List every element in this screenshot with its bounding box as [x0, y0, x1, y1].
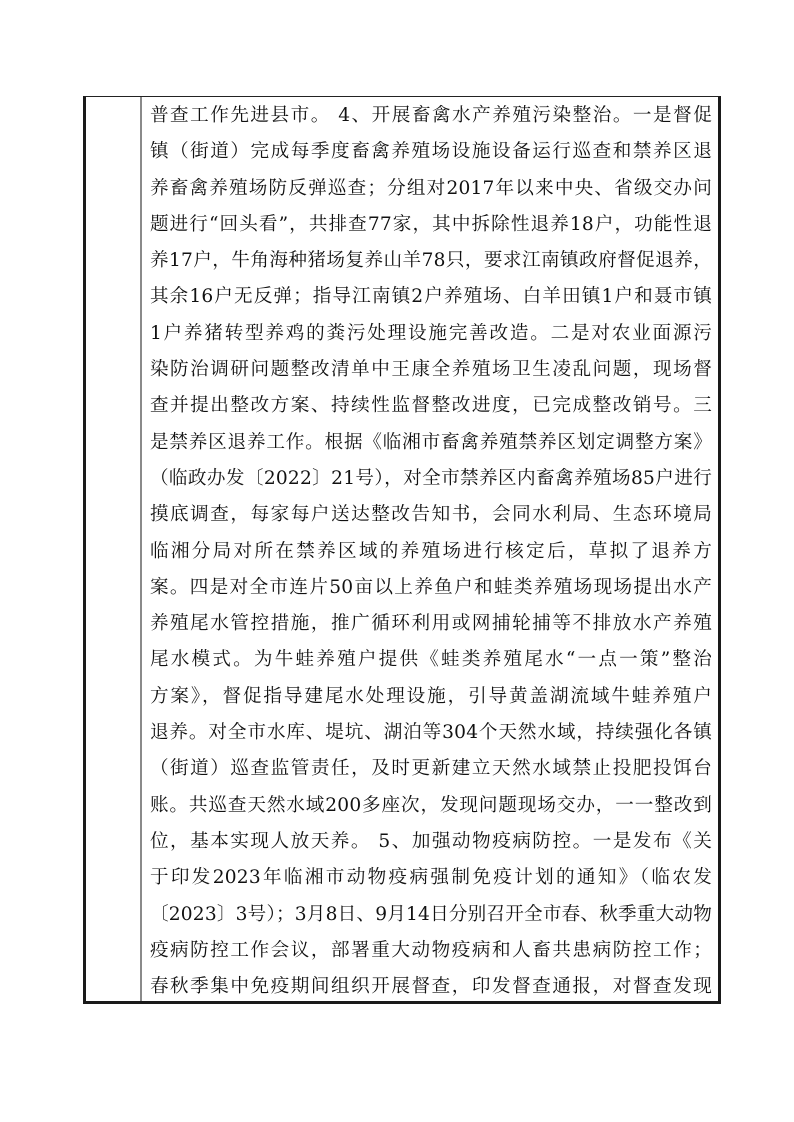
text-line: 摸底调查，每家每户送达整改告知书，会同水利局、生态环境局 [150, 497, 712, 533]
text-line: 题进行“回头看”，共排查77家，其中拆除性退养18户，功能性退 [150, 207, 712, 243]
text-line: 春秋季集中免疫期间组织开展督查，印发督查通报，对督查发现 [150, 969, 712, 1005]
text-line: 位，基本实现人放天养。 5、加强动物疫病防控。一是发布《关 [150, 824, 712, 860]
table-label-cell [86, 97, 142, 1001]
text-line: 查并提出整改方案、持续性监督整改进度，已完成整改销号。三 [150, 388, 712, 424]
text-line: （临政办发〔2022〕21号），对全市禁养区内畜禽养殖场85户进行 [150, 461, 712, 497]
text-line: 临湘分局对所在禁养区域的养殖场进行核定后，草拟了退养方 [150, 534, 712, 570]
text-line: 〔2023〕3号）；3月8日、9月14日分别召开全市春、秋季重大动物 [150, 897, 712, 933]
text-line: 疫病防控工作会议，部署重大动物疫病和人畜共患病防控工作； [150, 933, 712, 969]
text-line: 养17户，牛角海种猪场复养山羊78只，要求江南镇政府督促退养， [150, 243, 712, 279]
text-line: 案。四是对全市连片50亩以上养鱼户和蛙类养殖场现场提出水产 [150, 570, 712, 606]
text-line: 账。共巡查天然水域200多座次，发现问题现场交办，一一整改到 [150, 788, 712, 824]
text-line: （街道）巡查监管责任，及时更新建立天然水域禁止投肥投饵台 [150, 751, 712, 787]
text-line: 尾水模式。为牛蛙养殖户提供《蛙类养殖尾水“一点一策”整治 [150, 642, 712, 678]
text-line: 其余16户无反弹；指导江南镇2户养殖场、白羊田镇1户和聂市镇 [150, 279, 712, 315]
text-line: 是禁养区退养工作。根据《临湘市畜禽养殖禁养区划定调整方案》 [150, 425, 712, 461]
text-line: 1户养猪转型养鸡的粪污处理设施完善改造。二是对农业面源污 [150, 316, 712, 352]
text-line: 养畜禽养殖场防反弹巡查；分组对2017年以来中央、省级交办问 [150, 171, 712, 207]
text-line: 方案》，督促指导建尾水处理设施，引导黄盖湖流域牛蛙养殖户 [150, 679, 712, 715]
table-content-cell: 普查工作先进县市。 4、开展畜禽水产养殖污染整治。一是督促镇（街道）完成每季度畜… [142, 97, 718, 1001]
text-line: 退养。对全市水库、堤坑、湖泊等304个天然水域，持续强化各镇 [150, 715, 712, 751]
text-line: 于印发2023年临湘市动物疫病强制免疫计划的通知》（临农发 [150, 860, 712, 896]
text-line: 镇（街道）完成每季度畜禽养殖场设施设备运行巡查和禁养区退 [150, 134, 712, 170]
text-line: 普查工作先进县市。 4、开展畜禽水产养殖污染整治。一是督促 [150, 98, 712, 134]
report-table: 普查工作先进县市。 4、开展畜禽水产养殖污染整治。一是督促镇（街道）完成每季度畜… [83, 96, 721, 1004]
text-line: 染防治调研问题整改清单中王康全养殖场卫生凌乱问题，现场督 [150, 352, 712, 388]
text-line: 养殖尾水管控措施，推广循环利用或网捕轮捕等不排放水产养殖 [150, 606, 712, 642]
